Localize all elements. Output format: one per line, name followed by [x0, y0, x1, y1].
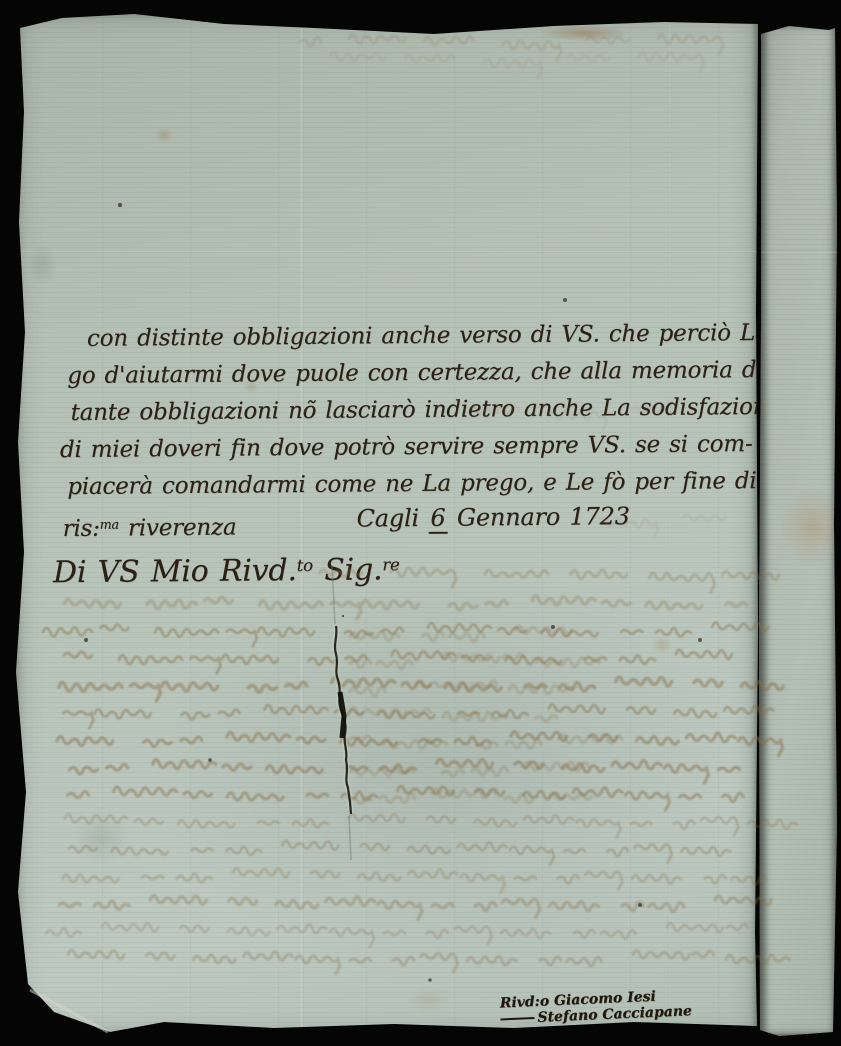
- archival-signature: Rivd:o Giacomo Iesi Stefano Cacciapane: [499, 985, 750, 1028]
- adjacent-page-edge: [759, 24, 837, 1036]
- sender-text: Sig.: [313, 552, 383, 588]
- dateline: Cagli 6 Gennaro 1723: [356, 498, 629, 537]
- place-name: Cagli: [356, 504, 428, 533]
- fold-crease: [759, 250, 837, 253]
- sender-superscript: to: [297, 556, 313, 575]
- letter-body-line: con distinte obbligazioni anche verso di…: [59, 315, 767, 358]
- paper-stain: [646, 632, 678, 658]
- paper-stain: [20, 234, 64, 294]
- closing-line: ris:ma riverenza: [62, 505, 236, 548]
- sender-text: Di VS Mio Rivd.: [53, 553, 297, 590]
- letter-body-line: tante obbligazioni nõ lasciarò indietro …: [59, 389, 767, 432]
- sender-superscript: re: [382, 555, 399, 574]
- closing-text: riverenza: [119, 515, 237, 542]
- closing-row: ris:ma riverenza Cagli 6 Gennaro 1723: [60, 500, 768, 544]
- closing-superscript: ma: [100, 517, 119, 532]
- paper-stain: [524, 22, 644, 44]
- paper-sheet: con distinte obbligazioni anche verso di…: [14, 12, 758, 1038]
- pen-flourish: [500, 1017, 534, 1020]
- letter-body-line: di miei doveri fin dove potrò servire se…: [60, 426, 768, 469]
- sender-line: Di VS Mio Rivd.to Sig.re: [53, 543, 769, 591]
- date-day-underlined: 6: [428, 504, 447, 534]
- month-year: Gennaro 1723: [447, 502, 630, 532]
- paper-stain: [150, 124, 178, 146]
- paper-stain: [396, 980, 462, 1020]
- fold-crease: [14, 604, 758, 606]
- letter-text-block: con distinte obbligazioni anche verso di…: [59, 315, 769, 591]
- manuscript-photo: con distinte obbligazioni anche verso di…: [0, 0, 841, 1046]
- paper-stain: [62, 804, 140, 874]
- closing-text: ris:: [63, 516, 100, 542]
- paper-stain: [767, 472, 841, 582]
- fold-crease: [14, 250, 758, 253]
- letter-body-line: go d'aiutarmi dove puole con certezza, c…: [59, 352, 767, 395]
